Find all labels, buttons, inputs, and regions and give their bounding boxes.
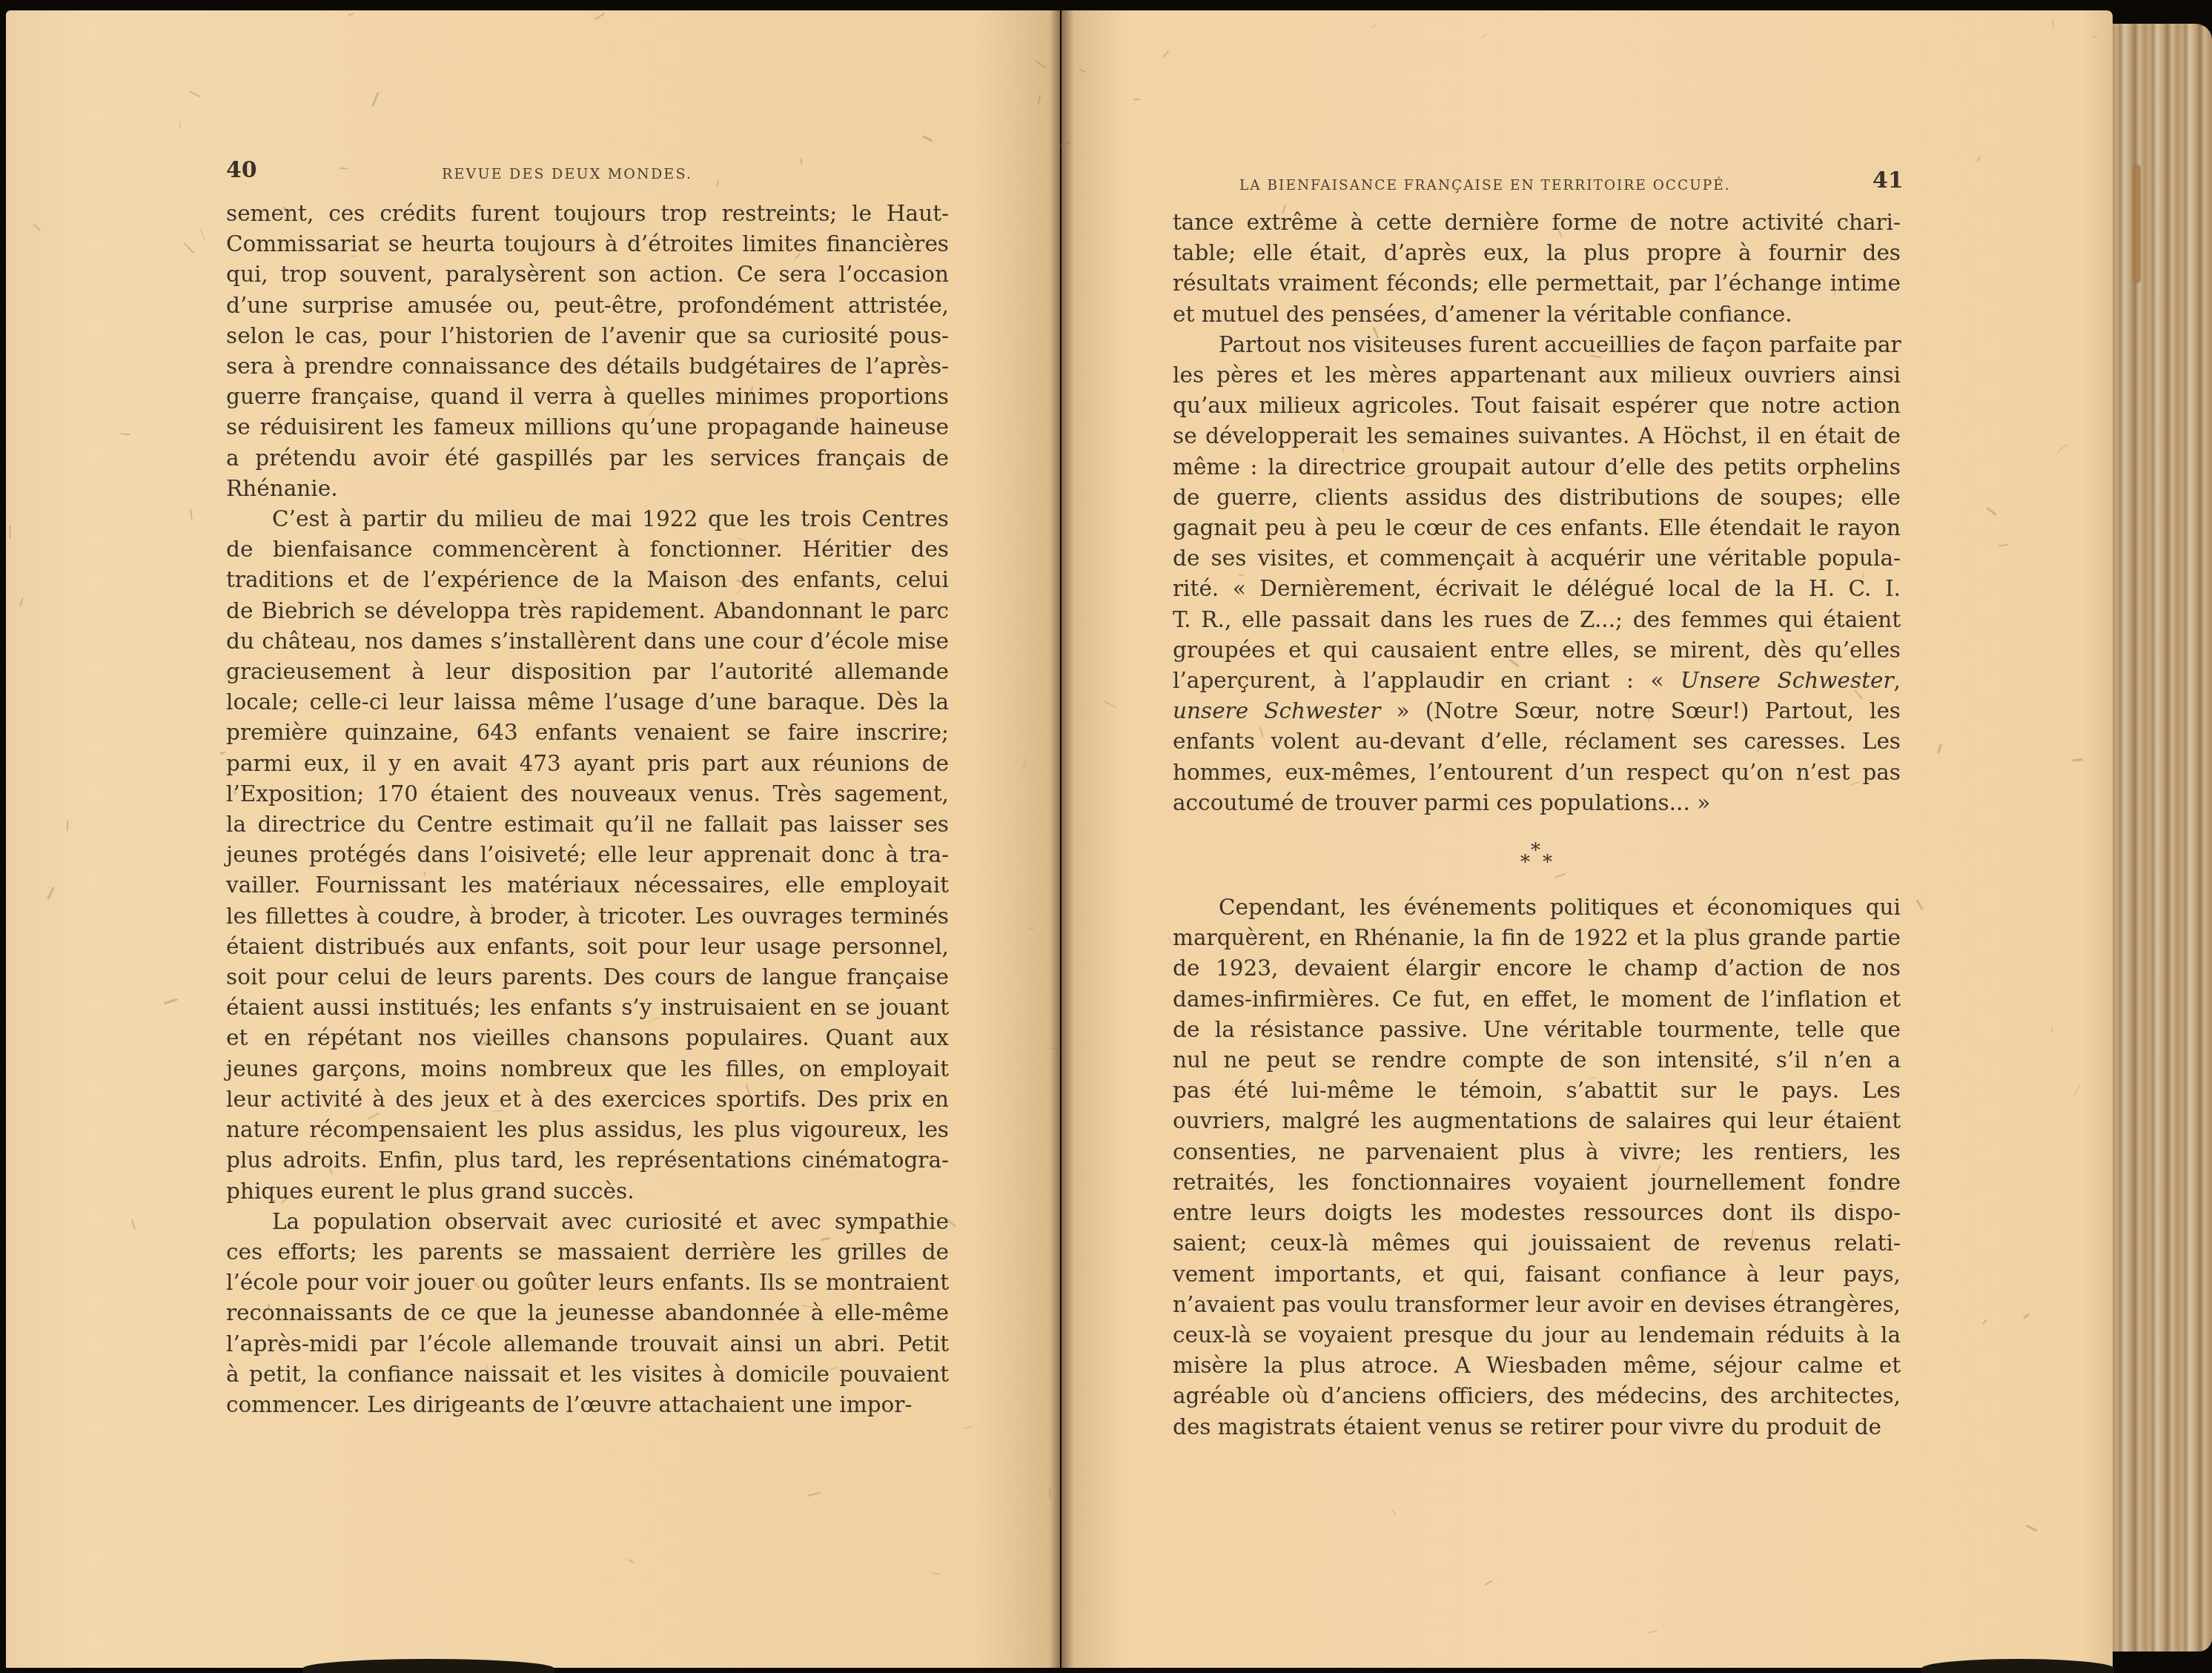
text-line: de ses visites, et commençait à acquérir… [1173, 543, 1901, 574]
page-number: 41 [1872, 168, 1904, 193]
paper-fiber [66, 821, 68, 831]
text-line: enfants volent au-devant d’elle, réclame… [1173, 726, 1901, 757]
book-spread: 40 REVUE DES DEUX MONDES. sement, ces cr… [6, 10, 2212, 1668]
text-line: Commissariat se heurta toujours à d’étro… [226, 229, 949, 259]
text-line: qui, trop souvent, paralysèrent son acti… [226, 259, 949, 290]
text-line: saient; ceux-là mêmes qui jouissaient de… [1173, 1228, 1901, 1259]
scanner-shadow [1921, 1659, 2114, 1673]
text-line: accoutumé de trouver parmi ces populatio… [1173, 788, 1901, 818]
text-line: unsere Schwester » (Notre Sœur, notre Sœ… [1173, 696, 1901, 726]
text-line: pas été lui-même le témoin, s’abattit su… [1173, 1076, 1901, 1106]
text-line: traditions et de l’expérience de la Mais… [226, 565, 949, 595]
text-line: guerre française, quand il verra à quell… [226, 382, 949, 412]
text-line: entre leurs doigts les modestes ressourc… [1173, 1198, 1901, 1228]
right-page: LA BIENFAISANCE FRANÇAISE EN TERRITOIRE … [1062, 10, 2113, 1668]
text-line: table; elle était, d’après eux, la plus … [1173, 238, 1901, 268]
text-line: l’aperçurent, à l’applaudir en criant : … [1173, 666, 1901, 696]
text-line: gracieusement à leur disposition par l’a… [226, 657, 949, 687]
text-line: l’Exposition; 170 étaient des nouveaux v… [226, 779, 949, 809]
text-line: de 1923, devaient élargir encore le cham… [1173, 953, 1901, 984]
text-line: commencer. Les dirigeants de l’œuvre att… [226, 1390, 949, 1420]
text-line: Rhénanie. [226, 474, 949, 504]
text-line: première quinzaine, 643 enfants venaient… [226, 718, 949, 748]
paper-fiber [351, 256, 358, 257]
paper-fiber [1232, 1088, 1234, 1093]
text-line: du château, nos dames s’installèrent dan… [226, 626, 949, 657]
text-line: ouvriers, malgré les augmentations de sa… [1173, 1106, 1901, 1136]
left-page: 40 REVUE DES DEUX MONDES. sement, ces cr… [6, 10, 1060, 1668]
text-line: qu’aux milieux agricoles. Tout faisait e… [1173, 391, 1901, 421]
text-line: plus adroits. Enfin, plus tard, les repr… [226, 1145, 949, 1176]
paper-fiber [599, 1286, 604, 1288]
paper-fiber [1133, 99, 1139, 100]
stain [2132, 165, 2141, 283]
text-line: nature récompensaient les plus assidus, … [226, 1115, 949, 1145]
text-line: soit pour celui de leurs parents. Des co… [226, 962, 949, 993]
text-line: reconnaissants de ce que la jeunesse aba… [226, 1298, 949, 1328]
text-line: agréable où d’anciens officiers, des méd… [1173, 1381, 1901, 1411]
text-line: se développerait les semaines suivantes.… [1173, 421, 1901, 451]
text-line: à petit, la confiance naissait et les vi… [226, 1359, 949, 1390]
text-line: et en répétant nos vieilles chansons pop… [226, 1023, 949, 1053]
page-stack-edge [2113, 24, 2212, 1652]
text-line: étaient distribués aux enfants, soit pou… [226, 932, 949, 962]
text-line: phiques eurent le plus grand succès. [226, 1176, 949, 1207]
text-line: retraités, les fonctionnaires voyaient j… [1173, 1167, 1901, 1198]
text-line: C’est à partir du milieu de mai 1922 que… [226, 504, 949, 534]
text-line: des magistrats étaient venus se retirer … [1173, 1412, 1901, 1442]
text-line: gagnait peu à peu le cœur de ces enfants… [1173, 513, 1901, 543]
text-line: consenties, ne parvenaient plus à vivre;… [1173, 1137, 1901, 1167]
text-line: les pères et les mères appartenant aux m… [1173, 360, 1901, 391]
paragraph: Partout nos visiteuses furent accueillie… [1173, 330, 1901, 818]
text-line: jeunes protégés dans l’oisiveté; elle le… [226, 840, 949, 870]
paragraph: La population observait avec curiosité e… [226, 1207, 949, 1420]
text-line: a prétendu avoir été gaspillés par les s… [226, 443, 949, 474]
text-line: T. R., elle passait dans les rues de Z..… [1173, 605, 1901, 635]
text-line: dames-infirmières. Ce fut, en effet, le … [1173, 984, 1901, 1015]
text-line: l’après-midi par l’école allemande trouv… [226, 1329, 949, 1359]
text-line: groupées et qui causaient entre elles, s… [1173, 635, 1901, 666]
text-line: misère la plus atroce. A Wiesbaden même,… [1173, 1351, 1901, 1381]
page-number: 40 [226, 157, 257, 183]
text-line: hommes, eux-mêmes, l’entourent d’un resp… [1173, 758, 1901, 788]
text-line: même : la directrice groupait autour d’e… [1173, 452, 1901, 483]
text-line: l’école pour voir jouer ou goûter leurs … [226, 1268, 949, 1298]
text-line: de la résistance passive. Une véritable … [1173, 1015, 1901, 1045]
text-line: sera à prendre connaissance des détails … [226, 351, 949, 382]
paragraph: Cependant, les événements politiques et … [1173, 892, 1901, 1442]
text-line: et mutuel des pensées, d’amener la vérit… [1173, 299, 1901, 330]
text-line: parmi eux, il y en avait 473 ayant pris … [226, 749, 949, 779]
text-line: Partout nos visiteuses furent accueillie… [1173, 330, 1901, 360]
paper-fiber [801, 158, 802, 165]
text-line: jeunes garçons, moins nombreux que les f… [226, 1054, 949, 1084]
text-line: La population observait avec curiosité e… [226, 1207, 949, 1237]
paragraph: tance extrême à cette dernière forme de … [1173, 208, 1901, 330]
text-line: étaient aussi institués; les enfants s’y… [226, 993, 949, 1023]
text-line: de bienfaisance commencèrent à fonctionn… [226, 534, 949, 565]
running-head: REVUE DES DEUX MONDES. [442, 166, 692, 182]
paragraph: C’est à partir du milieu de mai 1922 que… [226, 504, 949, 1207]
text-line: leur activité à des jeux et à des exerci… [226, 1084, 949, 1115]
paper-fiber [1872, 940, 1878, 941]
text-line: rité. « Dernièrement, écrivait le délégu… [1173, 574, 1901, 604]
text-line: locale; celle-ci leur laissa même l’usag… [226, 687, 949, 718]
text-column: tance extrême à cette dernière forme de … [1173, 208, 1901, 1442]
text-column: sement, ces crédits furent toujours trop… [226, 199, 949, 1420]
text-line: d’une surprise amusée ou, peut-être, pro… [226, 291, 949, 321]
paper-fiber [271, 1199, 276, 1202]
text-line: de guerre, clients assidus des distribut… [1173, 483, 1901, 513]
text-line: nul ne peut se rendre compte de son inte… [1173, 1045, 1901, 1076]
scanner-shadow [302, 1659, 554, 1673]
paper-fiber [267, 1304, 270, 1311]
text-line: ces efforts; les parents se massaient de… [226, 1237, 949, 1268]
text-line: vement importants, et qui, faisant confi… [1173, 1259, 1901, 1290]
paper-fiber [1833, 283, 1834, 296]
text-line: de Biebrich se développa très rapidement… [226, 596, 949, 626]
text-line: selon le cas, pour l’historien de l’aven… [226, 321, 949, 351]
text-line: les fillettes à coudre, à broder, à tric… [226, 901, 949, 932]
running-head: LA BIENFAISANCE FRANÇAISE EN TERRITOIRE … [1239, 178, 1731, 193]
text-line: Cependant, les événements politiques et … [1173, 892, 1901, 923]
text-line: vailler. Fournissant les matériaux néces… [226, 870, 949, 901]
text-line: sement, ces crédits furent toujours trop… [226, 199, 949, 229]
text-line: ceux-là se voyaient presque du jour au l… [1173, 1320, 1901, 1351]
text-line: n’avaient pas voulu transformer leur avo… [1173, 1290, 1901, 1320]
text-line: la directrice du Centre estimait qu’il n… [226, 809, 949, 840]
text-line: résultats vraiment féconds; elle permett… [1173, 268, 1901, 299]
text-line: marquèrent, en Rhénanie, la fin de 1922 … [1173, 923, 1901, 953]
text-line: se réduisirent les fameux millions qu’un… [226, 412, 949, 443]
section-break-asterism: *** [1173, 818, 1901, 892]
paragraph: sement, ces crédits furent toujours trop… [226, 199, 949, 504]
